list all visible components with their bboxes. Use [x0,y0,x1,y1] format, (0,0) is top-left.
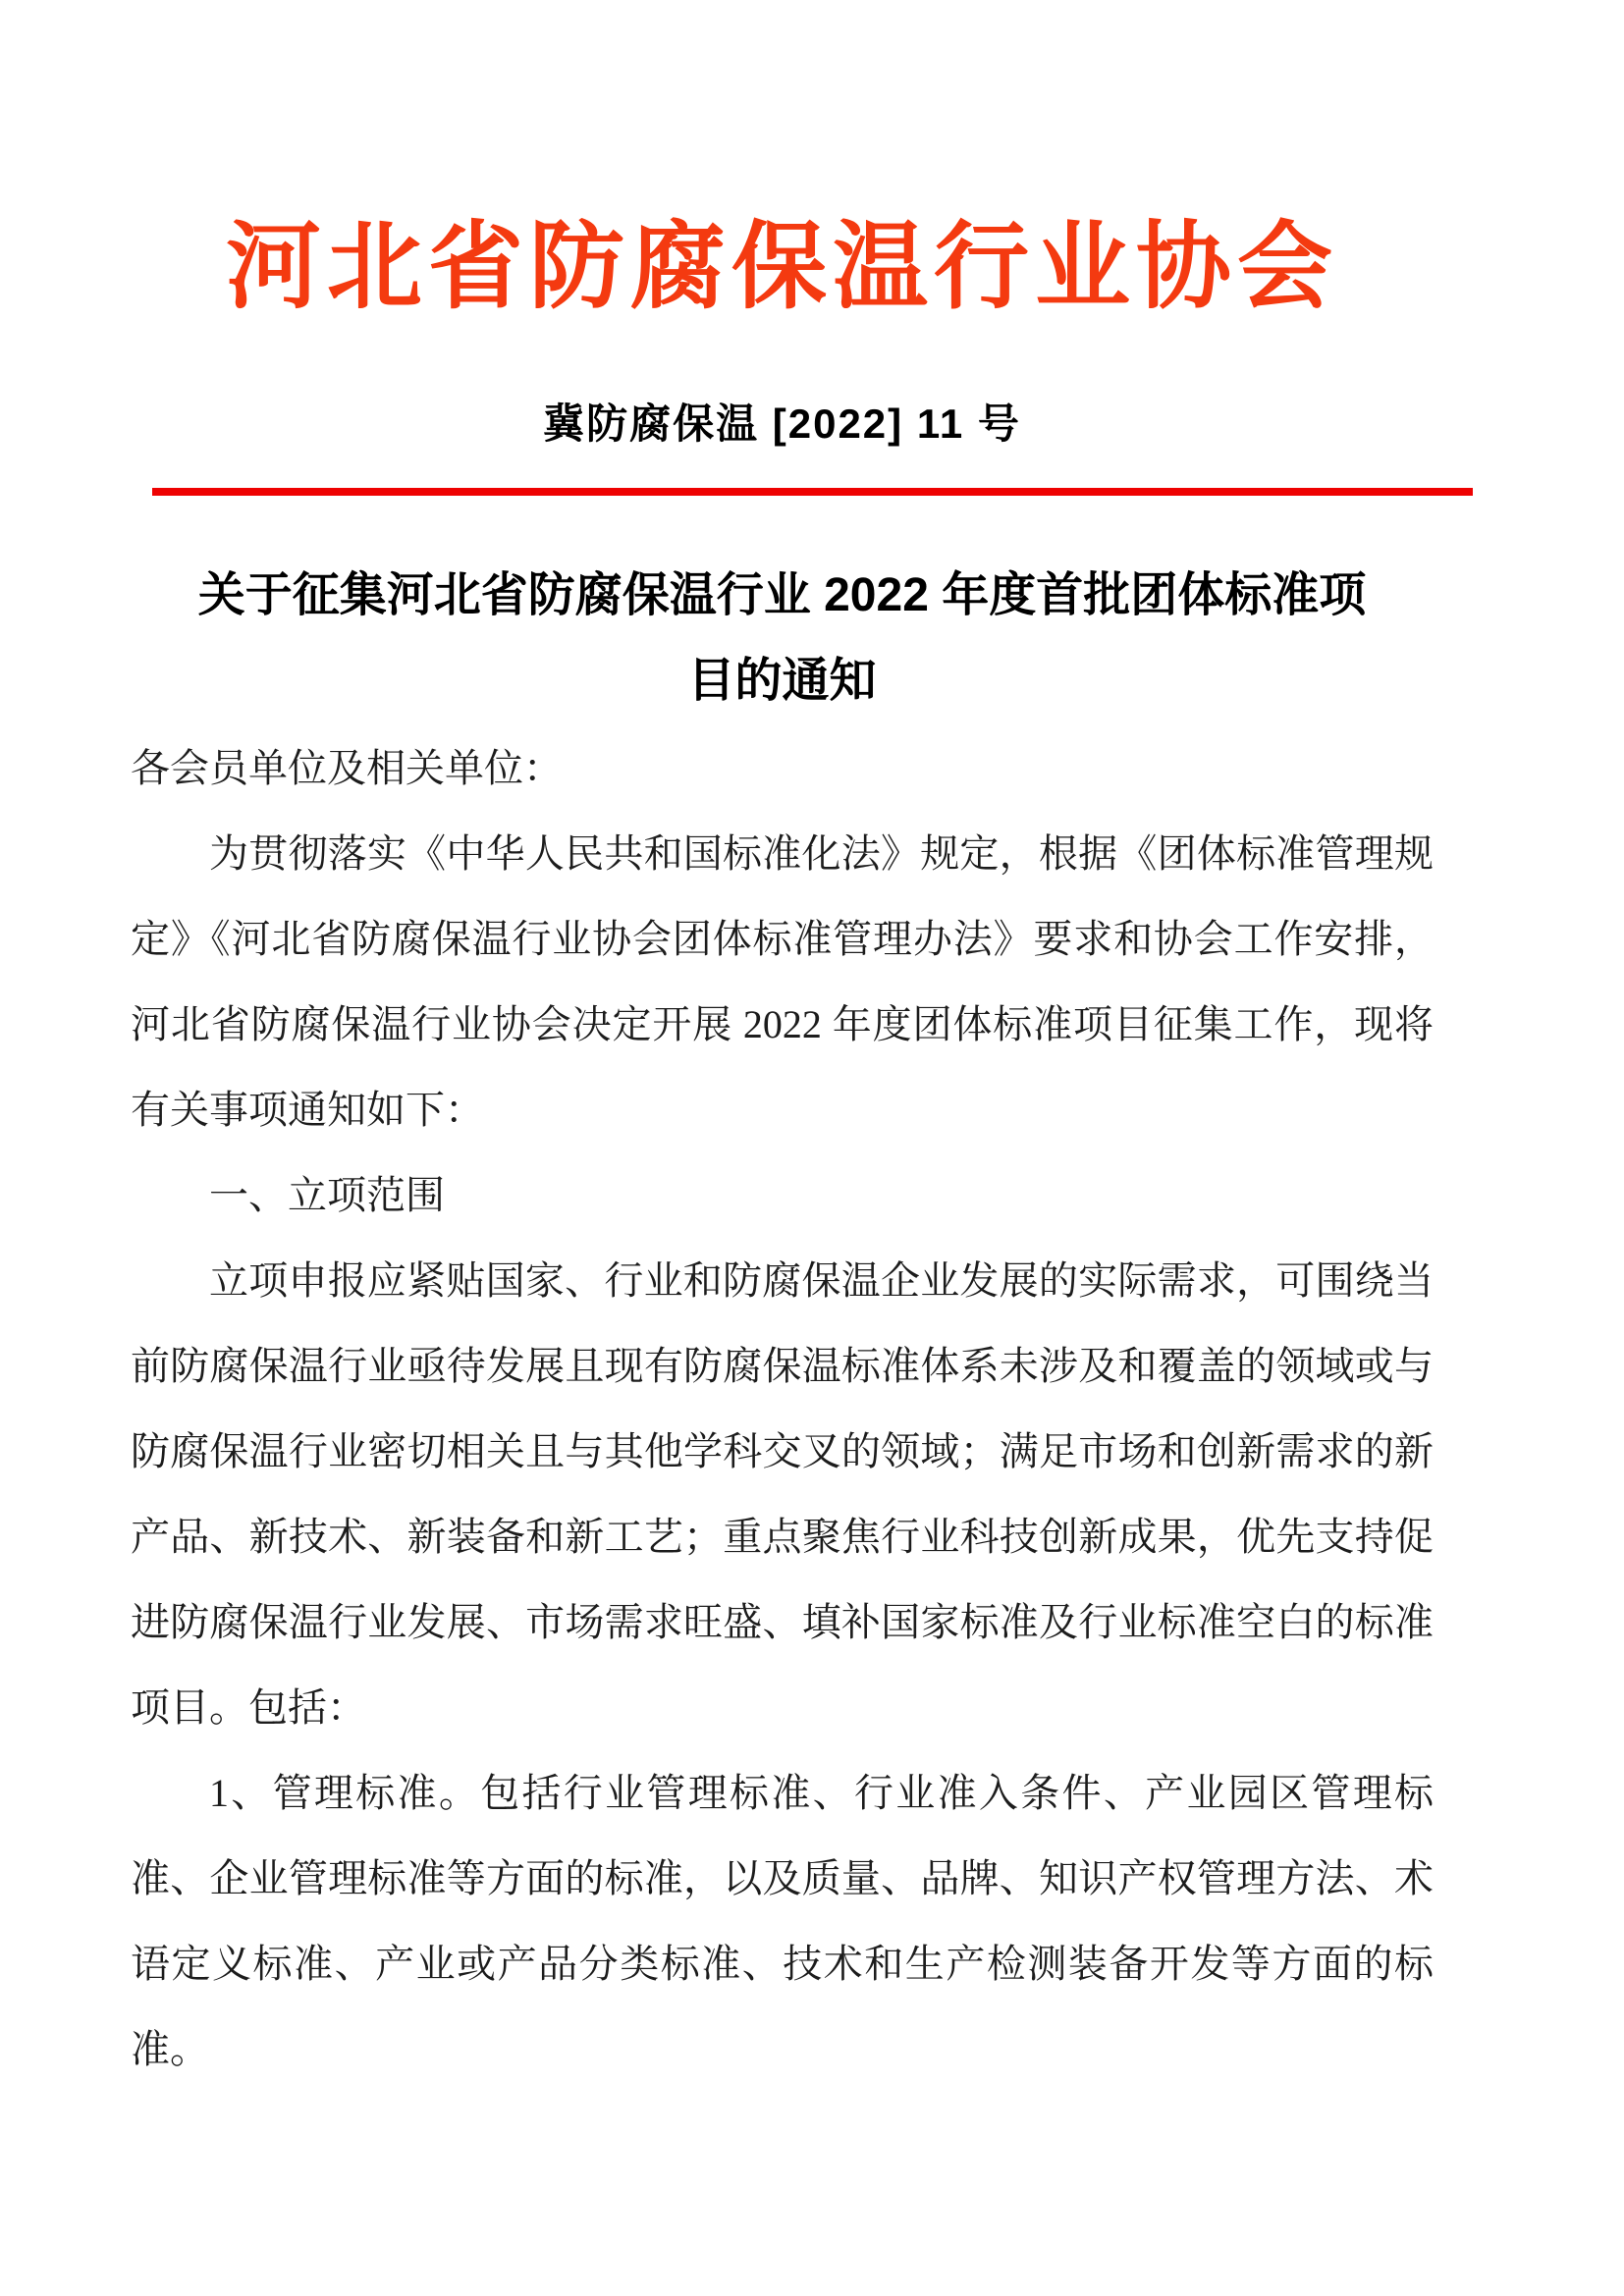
section-heading-scope: 一、立项范围 [131,1152,1434,1238]
notice-title: 关于征集河北省防腐保温行业 2022 年度首批团体标准项 目的通知 [131,553,1434,723]
document-page: 河北省防腐保温行业协会 冀防腐保温 [2022] 11 号 关于征集河北省防腐保… [0,0,1624,2296]
notice-title-line-2: 目的通知 [131,638,1434,723]
doc-number: 冀防腐保温 [2022] 11 号 [131,402,1434,446]
notice-body: 各会员单位及相关单位： 为贯彻落实《中华人民共和国标准化法》规定，根据《团体标准… [131,725,1434,2092]
paragraph-management-standards: 1、管理标准。包括行业管理标准、行业准入条件、产业园区管理标准、企业管理标准等方… [131,1750,1434,2092]
red-divider-line [152,488,1473,496]
org-name-header: 河北省防腐保温行业协会 [131,218,1434,316]
paragraph-intro: 为贯彻落实《中华人民共和国标准化法》规定，根据《团体标准管理规定》《河北省防腐保… [131,811,1434,1152]
paragraph-scope-detail: 立项申报应紧贴国家、行业和防腐保温企业发展的实际需求，可围绕当前防腐保温行业亟待… [131,1238,1434,1750]
paragraph-salutation: 各会员单位及相关单位： [131,725,1434,811]
notice-title-line-1: 关于征集河北省防腐保温行业 2022 年度首批团体标准项 [131,553,1434,638]
